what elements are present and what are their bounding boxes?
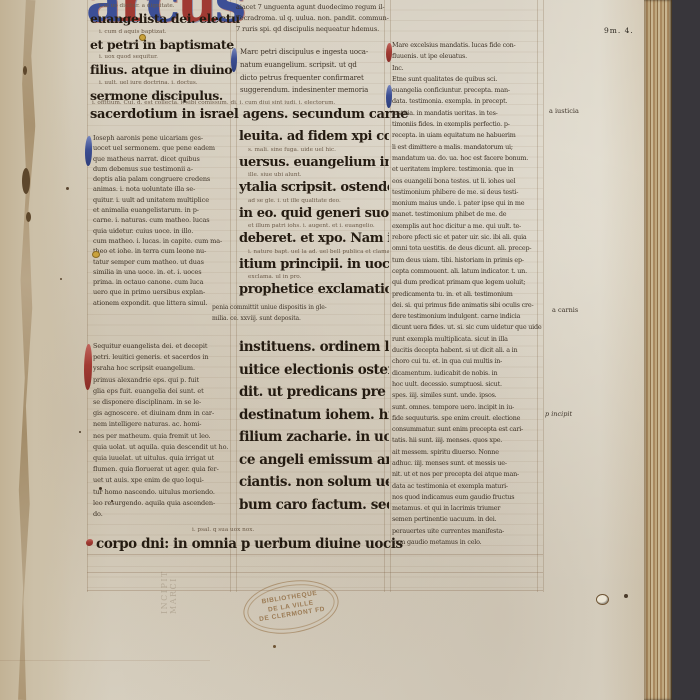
script-line: fide sequuturis. spe enim creuit. electi… [392,413,542,424]
script-line: exemplis aut hoc dicitur a me. qui uult.… [392,221,542,232]
ink-speck [99,487,102,490]
interlinear-gloss: s. mali. sine fuga. uide uel hic. [248,147,389,154]
script-line: choro cui tu. et. in qua cui multis in- [392,356,542,367]
script-line: euangelia conficiuntur. precepta. man- [392,85,542,96]
script-line: eos euangelii bona testes. ut li. iohes … [392,176,542,187]
interlinear-gloss: i. cum d aquis baptizat. [99,29,240,36]
script-line: uitice electionis osten [239,359,389,382]
script-line: glia eps fuit. euangelia dei sunt. et [93,386,236,397]
script-line: et petri in baptismate [90,36,240,55]
script-line: prima. in octauo canone. cum luca [93,277,236,287]
script-line: predicamenta tu. in. et ali. testimonium [392,289,542,300]
script-line: Etne sunt qualitates de quibus sci. [392,74,542,85]
script-line: que matheus narrat. dicet quibus [93,154,236,164]
bottom-wide-script-line: i. psal. q sua uox nox. corpo dni: in om… [96,527,396,554]
script-line: destinatum iohem. hic [239,404,389,427]
left-column-gloss-paragraph-2: Sequitur euangelista dei. et decepitpetr… [93,341,236,520]
script-line: Mare excelsius mandatis. lucas fide con- [392,40,542,51]
script-line: dere testimonium indulgent. carne indici… [392,311,542,322]
script-line: ytalia scripsit. ostendes [239,179,389,198]
interlinear-gloss: Cui uo dicitur. a dignitate. [99,3,240,10]
script-line: iustitia. in mandatis ueritas. in tes- [392,108,542,119]
script-line: nit. ut et nos per precepta dei atque ma… [392,469,542,480]
script-line: cum matheo. i. lucas. in capite. cum ma- [93,236,236,246]
ruling-line-vertical [543,0,544,592]
script-line: hoc uult. decessio. sumptuosi. sicut. [392,379,542,390]
script-line: BIBLIOTHEQUE [261,590,318,607]
script-line: filium zacharie. in uo [239,426,389,449]
script-line: dicto petrus frequenter confirmaret [240,72,390,85]
script-line: aiacet 7 unguenta agunt duodecimo regum … [236,2,389,13]
script-line: tum deus uiam. tibi. historiam in primis… [392,255,542,266]
script-line: Ioseph aaronis pene uicariam ges- [93,133,236,143]
margin-note: a iusticia [549,107,579,115]
script-line: fluuenis. ut ipe eleuatus. [392,51,542,62]
library-stamp: BIBLIOTHEQUEDE LA VILLEDE CLERMONT FD [240,574,343,640]
script-line: Inc. [392,63,542,74]
script-line: uero que in primo uersibus explan- [93,287,236,297]
script-line: dicunt uera fides. ut. si. sic cum uidet… [392,322,542,333]
script-line: data ac testimonia et exempla maturi- [392,481,542,492]
script-line: testimonium phibere de me. si deus testi… [392,187,542,198]
middle-column-intro-paragraph: Marc petri discipulus e ingesta uoca-nat… [240,46,390,97]
script-line: rebore pfecti sic et pater uir. sic. ibi… [392,232,542,243]
script-line: timoniis fides. in exemplis perfectio. p… [392,119,542,130]
script-line: monium maius unde. i. pater ipse qui in … [392,198,542,209]
script-line: omni tota uestitis. de deus dicunt. ali.… [392,243,542,254]
script-line: runt exempla multiplicata. sicut in illa [392,334,542,345]
script-line: quia iuuelat. ut uitulus. quia irrigat u… [93,453,236,464]
red-paraph-icon [86,539,93,546]
script-line: recepta. in uiam equitatum ne habuerim [392,130,542,141]
middle-column-top-gloss: aiacet 7 unguenta agunt duodecimo regum … [236,2,389,35]
margin-note: a carnis [552,306,578,314]
gutter-stain [26,212,31,222]
script-line: euangelista dei. electus. [90,10,240,29]
script-line: nem intelligere naturas. ac. homi- [93,419,236,430]
ink-speck [273,645,276,648]
gold-fleck [139,34,146,41]
script-line: dit. ut predicans pre [239,381,389,404]
script-line: natum euangelium. scripsit. ut qd [240,59,390,72]
script-line: ciantis. non solum uer [239,471,389,494]
binding-gutter [0,0,72,700]
script-line: ducitis decepta habent. si ut dicit ali.… [392,345,542,356]
spanning-gloss-lines: penia committit uniue dispositis in gle-… [212,302,408,324]
interlinear-gloss: i. psal. q sua uox nox. [192,527,396,534]
script-line: uet ut auis. xpe enim de quo loqui- [93,475,236,486]
left-column-opening: Cui uo dicitur. a dignitate.euangelista … [90,3,240,105]
script-line: deberet. et xpo. Nam in [239,230,389,249]
script-line: penia committit uniue dispositis in gle- [212,302,408,313]
script-line: uocet uel sermonem. que pene eadem [93,143,236,153]
script-line: ce angeli emissum anu [239,449,389,472]
script-line: filius. atque in diuino [90,61,240,80]
script-line: tur homo nascendo. uitulus moriendo. [93,487,236,498]
script-line: dicamentum. iudicabit de nobis. in [392,368,542,379]
interlinear-gloss: exclama. ul in pro. [248,274,389,281]
script-line: adhuc. iiij. menses sunt. et messis ue- [392,458,542,469]
script-line: dei. si. qui primus fide animatis sibi o… [392,300,542,311]
script-line: flumen. quia floruerat ut ager. quia fer… [93,464,236,475]
ink-speck [66,187,69,190]
blue-penwork-initial-icon [85,136,92,166]
script-line: tatur semper cum matheo. ut duas [93,257,236,267]
script-line: manet. testimonium phibet de me. de [392,209,542,220]
script-line: gis agnoscere. et diuinam dnm in car- [93,408,236,419]
script-line: nes per matheum. quia fremit ut leo. [93,431,236,442]
ruling-line-horizontal [87,554,543,555]
script-line: tatis. hii sunt. iiij. menses. quos xpe. [392,435,542,446]
ink-speck [624,594,628,598]
interlinear-gloss: ille. siue ubi alunt. [248,172,389,179]
quire-mark: 9m. 4. [604,26,634,35]
ink-showthrough-text: INCIPIT MARCI [160,550,178,614]
script-line: suggerendum. indesinenter memoria [240,84,390,97]
script-line: primus alexandrie eps. qui p. fuit [93,375,236,386]
interlinear-gloss: i. nature bapt. uel la ad. uel bell publ… [248,249,389,256]
script-line: Tecradroma. ul q. uulua. non. pandit. co… [236,13,389,24]
script-line: ysraha hoc scripsit euangelium. [93,363,236,374]
script-line: metamus. et qui in lacrimis triumer [392,503,542,514]
script-line: uersus. euangelium in [239,154,389,173]
script-line: quia uidetur. cuius uoce. in illo. [93,226,236,236]
parchment-hole [596,594,609,605]
script-line: et ueritatem implere. testimonia. que in [392,164,542,175]
middle-column-main-script-1: leuita. ad fidem xpi cos. mali. sine fug… [239,128,389,300]
script-line: mandatum ua. do. ua. hoc est facere bonu… [392,153,542,164]
script-line: dum debemus sue testimonii a- [93,164,236,174]
script-line: nos quod indicamus eum gaudio fructus [392,492,542,503]
parchment-page: arcus Cui uo dicitur. a dignitate.euange… [0,0,646,700]
page-edge-stack [644,0,672,700]
script-line: consummatur. sunt enim precepta est cari… [392,424,542,435]
script-line: petri. leuitici generis. et sacerdos in [93,352,236,363]
interlinear-gloss: et illum patri iohs. i. augent. et i. eu… [248,223,389,230]
script-line: ait messem. spiritu diuerso. Nonne [392,447,542,458]
interlinear-gloss: ad se gle. i. ut ille qualitate deo. [248,198,389,205]
script-line: Sequitur euangelista dei. et decepit [93,341,236,352]
script-line: perauertes uite currentes manifesta- [392,526,542,537]
ruling-line-horizontal [0,660,210,661]
script-line: se disponere disciplinam. in se le- [93,397,236,408]
interlinear-gloss: i. uult. uel iure doctrina. i. doctus. [99,80,240,87]
script-line: spes. iiij. similes sunt. unde. ipsos. [392,390,542,401]
script-line: instituens. ordinem le [239,336,389,359]
ink-speck [111,500,113,502]
middle-column-main-script-2: instituens. ordinem leuitice electionis … [239,336,389,516]
ink-speck [79,431,81,433]
script-line: bum caro factum. sed 7 [239,494,389,517]
script-line: quitur. i. uult ad unitatem multiplice [93,195,236,205]
gutter-stain [23,66,27,75]
script-line: similia in una uoce. in. et. i. uoces [93,267,236,277]
script-line: leuita. ad fidem xpi co [239,128,389,147]
script-line: deptis alia palam congruere credens [93,174,236,184]
ruling-line-vertical [87,0,88,592]
left-column-gloss-paragraph-1: Ioseph aaronis pene uicariam ges-uocet u… [93,133,236,308]
gutter-stain [22,168,30,194]
red-penwork-initial-icon [84,344,92,390]
script-line: in eo. quid generi suo [239,205,389,224]
manuscript-photograph: arcus Cui uo dicitur. a dignitate.euange… [0,0,700,700]
script-line: li est dimittere a malis. mandatorum ui; [392,142,542,153]
script-line: corpo dni: in omnia p uerbum diuine uoci… [96,534,396,554]
gold-fleck [92,251,100,258]
script-line: semen pertinentie uacuum. in dei. [392,514,542,525]
interlinear-gloss: i. uox quod sequitur. [99,54,240,61]
script-line: qui dum predicat primam que legem uoluit… [392,277,542,288]
script-line: carne. i. naturas. cum matheo. lucas [93,215,236,225]
script-line: milia. ce. xxviij. sunt deposita. [212,313,408,324]
right-column-gloss: Mare excelsius mandatis. lucas fide con-… [392,40,542,548]
script-line: prophetice exclamationis [239,281,389,300]
script-line: DE LA VILLE [268,599,315,615]
script-line-wide: sacerdotium in israel agens. secundum ca… [90,106,392,125]
script-line: cum gaudio metamus in celo. [392,537,542,548]
script-line: cepta commouent. ali. latum indicator. t… [392,266,542,277]
ruling-line-horizontal [87,572,543,573]
script-line: 7 ruris spi. qd discipulis nequeatur hde… [236,24,389,35]
margin-note: p incipit [545,410,572,418]
script-line: theo et iohe. in terra cum leone nu- [93,246,236,256]
script-line: Marc petri discipulus e ingesta uoca- [240,46,390,59]
script-line: data. testimonia. exempla. in precept. [392,96,542,107]
script-line: DE CLERMONT FD [259,606,326,625]
script-line: sunt. omnes. tempore uero. incipit in iu… [392,402,542,413]
script-line: itium principii. in uoce [239,256,389,275]
ink-speck [60,278,62,280]
script-line: et animalia euangelistarum. in p- [93,205,236,215]
script-line: leo resurgendo. aquila quia ascenden- [93,498,236,509]
script-line: quia uolat. ut aquila. quia descendit ut… [93,442,236,453]
script-line: do. [93,509,236,520]
script-line: animas. i. nota uoluntate illa se- [93,184,236,194]
